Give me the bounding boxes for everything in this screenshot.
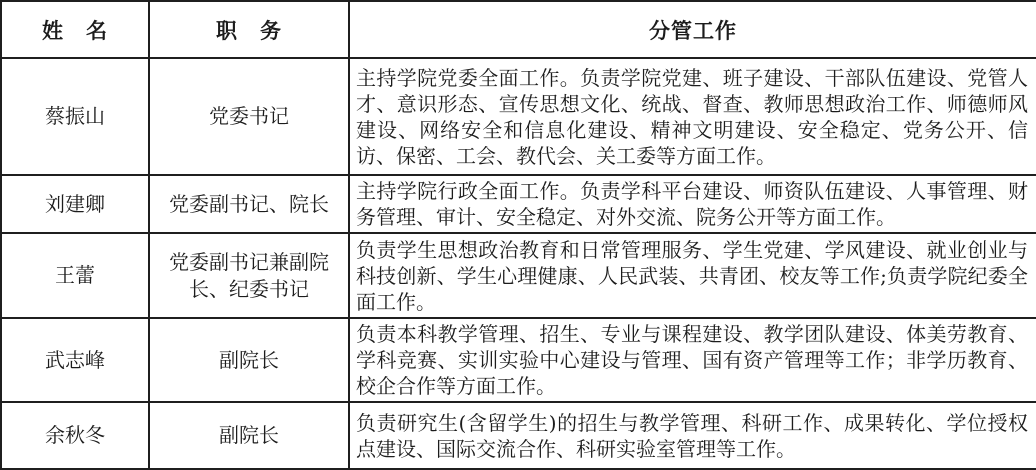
- position-cell: 党委副书记、院长: [149, 175, 349, 233]
- leadership-duties-table: 姓 名 职 务 分管工作 蔡振山 党委书记 主持学院党委全面工作。负责学院党建、…: [0, 0, 1036, 470]
- position-cell: 副院长: [149, 402, 349, 469]
- header-position: 职 务: [149, 1, 349, 58]
- document-page: 姓 名 职 务 分管工作 蔡振山 党委书记 主持学院党委全面工作。负责学院党建、…: [0, 0, 1036, 466]
- position-cell: 副院长: [149, 318, 349, 402]
- table-row: 蔡振山 党委书记 主持学院党委全面工作。负责学院党建、班子建设、干部队伍建设、党…: [1, 58, 1036, 175]
- duties-cell: 负责本科教学管理、招生、专业与课程建设、教学团队建设、体美劳教育、学科竞赛、实训…: [349, 318, 1036, 402]
- name-cell: 蔡振山: [1, 58, 149, 175]
- table-row: 余秋冬 副院长 负责研究生(含留学生)的招生与教学管理、科研工作、成果转化、学位…: [1, 402, 1036, 469]
- position-cell: 党委书记: [149, 58, 349, 175]
- duties-cell: 负责研究生(含留学生)的招生与教学管理、科研工作、成果转化、学位授权点建设、国际…: [349, 402, 1036, 469]
- header-name: 姓 名: [1, 1, 149, 58]
- duties-cell: 主持学院行政全面工作。负责学科平台建设、师资队伍建设、人事管理、财务管理、审计、…: [349, 175, 1036, 233]
- position-cell: 党委副书记兼副院长、纪委书记: [149, 233, 349, 318]
- duties-cell: 负责学生思想政治教育和日常管理服务、学生党建、学风建设、就业创业与科技创新、学生…: [349, 233, 1036, 318]
- table-row: 刘建卿 党委副书记、院长 主持学院行政全面工作。负责学科平台建设、师资队伍建设、…: [1, 175, 1036, 233]
- table-row: 王蕾 党委副书记兼副院长、纪委书记 负责学生思想政治教育和日常管理服务、学生党建…: [1, 233, 1036, 318]
- header-duties: 分管工作: [349, 1, 1036, 58]
- table-header-row: 姓 名 职 务 分管工作: [1, 1, 1036, 58]
- name-cell: 余秋冬: [1, 402, 149, 469]
- name-cell: 王蕾: [1, 233, 149, 318]
- name-cell: 武志峰: [1, 318, 149, 402]
- table-row: 武志峰 副院长 负责本科教学管理、招生、专业与课程建设、教学团队建设、体美劳教育…: [1, 318, 1036, 402]
- name-cell: 刘建卿: [1, 175, 149, 233]
- duties-cell: 主持学院党委全面工作。负责学院党建、班子建设、干部队伍建设、党管人才、意识形态、…: [349, 58, 1036, 175]
